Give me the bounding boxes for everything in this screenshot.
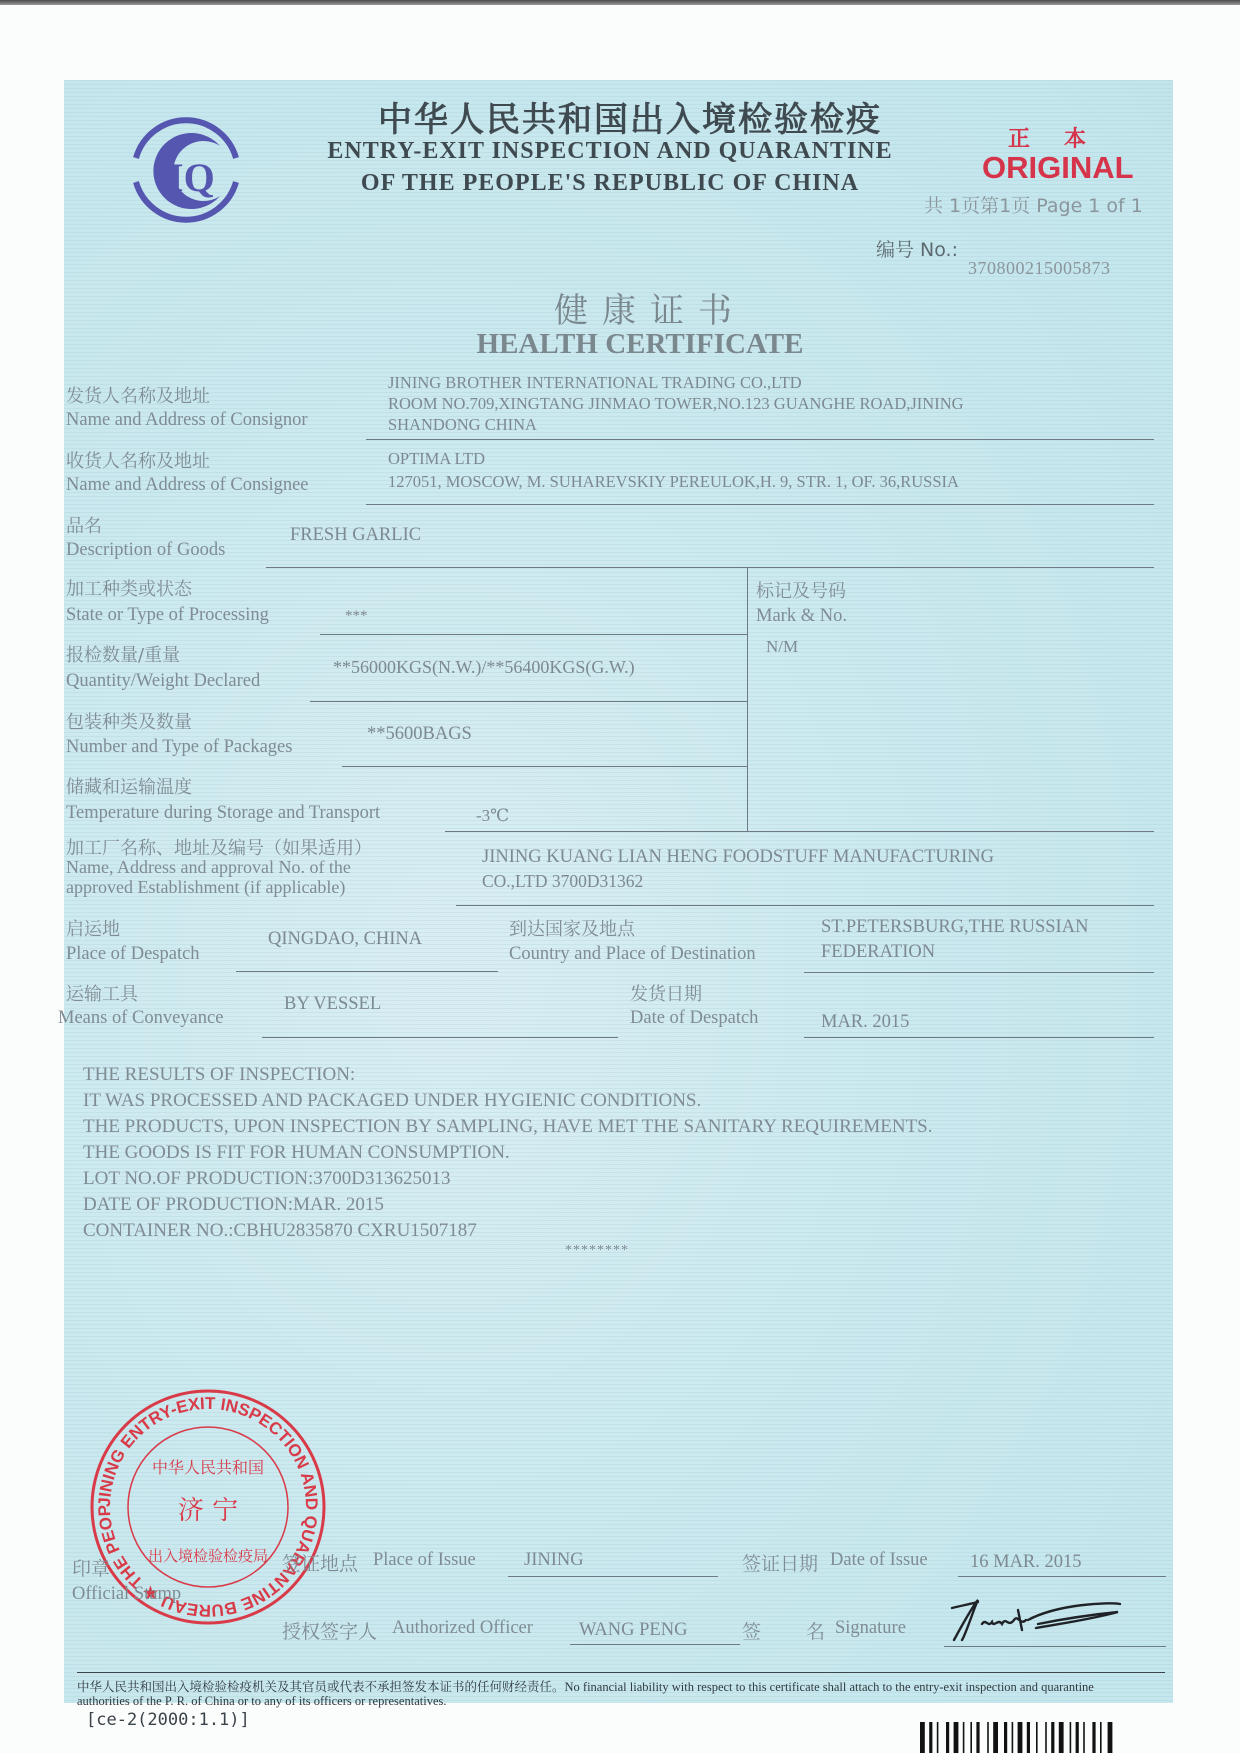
consignee-line-2: 127051, MOSCOW, M. SUHAREVSKIY PEREULOK,… <box>388 472 959 492</box>
certificate-title: HEALTH CERTIFICATE <box>0 328 1240 361</box>
signature-icon <box>948 1594 1128 1644</box>
original-mark-cn: 正本 <box>1008 122 1120 153</box>
destination-label-cn: 到达国家及地点 <box>509 915 635 941</box>
destination-label: Country and Place of Destination <box>509 944 756 965</box>
page-indicator: 共 1页第1页 Page 1 of 1 <box>924 191 1143 218</box>
despatch-place-value: QINGDAO, CHINA <box>268 929 422 950</box>
results-line: THE PRODUCTS, UPON INSPECTION BY SAMPLIN… <box>83 1116 933 1138</box>
temperature-value: -3℃ <box>476 806 509 826</box>
consignor-line-1: JINING BROTHER INTERNATIONAL TRADING CO.… <box>388 373 802 393</box>
establishment-line-2: CO.,LTD 3700D31362 <box>482 871 643 892</box>
svg-text:中华人民共和国: 中华人民共和国 <box>152 1458 264 1477</box>
processing-label: State or Type of Processing <box>66 605 269 626</box>
scan-edge <box>0 0 1240 5</box>
despatch-date-label-cn: 发货日期 <box>630 980 702 1006</box>
results-heading: THE RESULTS OF INSPECTION: <box>83 1064 355 1086</box>
temperature-rule <box>445 831 1154 832</box>
marks-value: N/M <box>766 637 798 657</box>
officer-rule <box>570 1644 740 1645</box>
date-of-issue-label-cn: 签证日期 <box>742 1549 818 1576</box>
officer-value: WANG PENG <box>579 1620 687 1641</box>
consignee-rule <box>366 504 1154 505</box>
despatch-place-label: Place of Despatch <box>66 944 200 965</box>
conveyance-rule <box>262 1037 618 1038</box>
quantity-rule <box>310 701 747 702</box>
issuer-title-en-line2: OF THE PEOPLE'S REPUBLIC OF CHINA <box>250 170 970 197</box>
quantity-label-cn: 报检数量/重量 <box>66 641 180 667</box>
consignor-line-3: SHANDONG CHINA <box>388 415 537 435</box>
consignor-label: Name and Address of Consignor <box>66 410 308 431</box>
conveyance-value: BY VESSEL <box>284 994 381 1015</box>
production-date: DATE OF PRODUCTION:MAR. 2015 <box>83 1194 384 1216</box>
packages-rule <box>342 766 747 767</box>
date-of-issue-label: Date of Issue <box>830 1550 928 1571</box>
despatch-place-rule <box>236 971 498 972</box>
establishment-label-line2: approved Establishment (if applicable) <box>66 877 345 898</box>
quantity-value: **56000KGS(N.W.)/**56400KGS(G.W.) <box>333 657 635 678</box>
container-numbers: CONTAINER NO.:CBHU2835870 CXRU1507187 <box>83 1220 477 1242</box>
signature-rule <box>944 1646 1166 1647</box>
officer-label: Authorized Officer <box>392 1618 533 1639</box>
goods-label: Description of Goods <box>66 540 225 561</box>
goods-rule <box>266 567 1154 568</box>
consignee-line-1: OPTIMA LTD <box>388 449 485 469</box>
svg-text:出入境检验检疫局: 出入境检验检疫局 <box>148 1547 268 1565</box>
signature-label: Signature <box>835 1618 906 1639</box>
barcode-icon <box>920 1722 1152 1753</box>
place-of-issue-label: Place of Issue <box>373 1550 476 1571</box>
form-code: [ce-2(2000:1.1)] <box>86 1710 250 1730</box>
despatch-date-rule <box>804 1037 1154 1038</box>
consignee-label-cn: 收货人名称及地址 <box>66 447 210 473</box>
establishment-line-1: JINING KUANG LIAN HENG FOODSTUFF MANUFAC… <box>482 847 994 868</box>
place-of-issue-rule <box>508 1576 718 1577</box>
svg-text:济 宁: 济 宁 <box>178 1496 238 1526</box>
original-mark: ORIGINAL <box>982 150 1134 186</box>
certificate-number: 370800215005873 <box>968 258 1111 279</box>
disclaimer-line-1: 中华人民共和国出入境检验检疫机关及其官员或代表不承担签发本证书的任何财经责任。N… <box>77 1677 1094 1695</box>
despatch-date-value: MAR. 2015 <box>821 1012 909 1033</box>
issuer-title-en-line1: ENTRY-EXIT INSPECTION AND QUARANTINE <box>250 138 970 165</box>
temperature-label: Temperature during Storage and Transport <box>66 803 380 824</box>
stamp-label-cn: 印章 <box>72 1554 110 1581</box>
packages-label-cn: 包装种类及数量 <box>66 708 192 734</box>
end-marker: ******** <box>565 1243 629 1259</box>
processing-label-cn: 加工种类或状态 <box>66 575 192 601</box>
stamp-label: Official Stamp <box>72 1584 181 1605</box>
consignee-label: Name and Address of Consignee <box>66 475 309 496</box>
consignor-line-2: ROOM NO.709,XINGTANG JINMAO TOWER,NO.123… <box>388 394 964 414</box>
results-line: THE GOODS IS FIT FOR HUMAN CONSUMPTION. <box>83 1142 510 1164</box>
disclaimer-line-2: authorities of the P. R. of China or to … <box>77 1694 446 1709</box>
date-of-issue-rule <box>958 1576 1166 1577</box>
destination-line-2: FEDERATION <box>821 942 935 963</box>
establishment-rule <box>456 905 1154 906</box>
temperature-label-cn: 储藏和运输温度 <box>66 773 192 799</box>
certificate-title-cn: 健康证书 <box>0 283 1240 332</box>
signature-label-cn-2: 名 <box>806 1617 825 1644</box>
destination-line-1: ST.PETERSBURG,THE RUSSIAN <box>821 917 1088 938</box>
goods-value: FRESH GARLIC <box>290 525 421 546</box>
consignor-rule <box>366 439 1154 440</box>
goods-label-cn: 品名 <box>66 512 102 538</box>
marks-divider <box>747 567 748 832</box>
results-line: IT WAS PROCESSED AND PACKAGED UNDER HYGI… <box>83 1090 701 1112</box>
processing-value: *** <box>345 608 368 625</box>
marks-label: Mark & No. <box>756 606 847 627</box>
place-of-issue-value: JINING <box>524 1550 584 1571</box>
establishment-label-line1: Name, Address and approval No. of the <box>66 857 351 878</box>
despatch-place-label-cn: 启运地 <box>66 915 120 941</box>
disclaimer-en-1: No financial liability with respect to t… <box>565 1680 1094 1694</box>
packages-label: Number and Type of Packages <box>66 737 292 758</box>
quantity-label: Quantity/Weight Declared <box>66 671 260 692</box>
officer-label-cn: 授权签字人 <box>282 1617 377 1644</box>
certificate-number-label: 编号 No.: <box>876 235 958 262</box>
despatch-date-label: Date of Despatch <box>630 1008 758 1029</box>
marks-label-cn: 标记及号码 <box>756 577 846 603</box>
svg-text:IQ: IQ <box>168 155 215 200</box>
destination-rule <box>804 972 1154 973</box>
date-of-issue-value: 16 MAR. 2015 <box>970 1552 1082 1573</box>
lot-number: LOT NO.OF PRODUCTION:3700D313625013 <box>83 1168 451 1190</box>
footer-rule <box>77 1672 1165 1673</box>
conveyance-label-cn: 运输工具 <box>66 980 138 1006</box>
disclaimer-cn: 中华人民共和国出入境检验检疫机关及其官员或代表不承担签发本证书的任何财经责任。 <box>77 1679 565 1694</box>
conveyance-label: Means of Conveyance <box>58 1008 223 1029</box>
packages-value: **5600BAGS <box>367 724 472 745</box>
signature-label-cn-1: 签 <box>742 1617 761 1644</box>
processing-rule <box>320 634 747 635</box>
place-of-issue-label-cn: 签证地点 <box>282 1549 358 1576</box>
consignor-label-cn: 发货人名称及地址 <box>66 382 210 408</box>
